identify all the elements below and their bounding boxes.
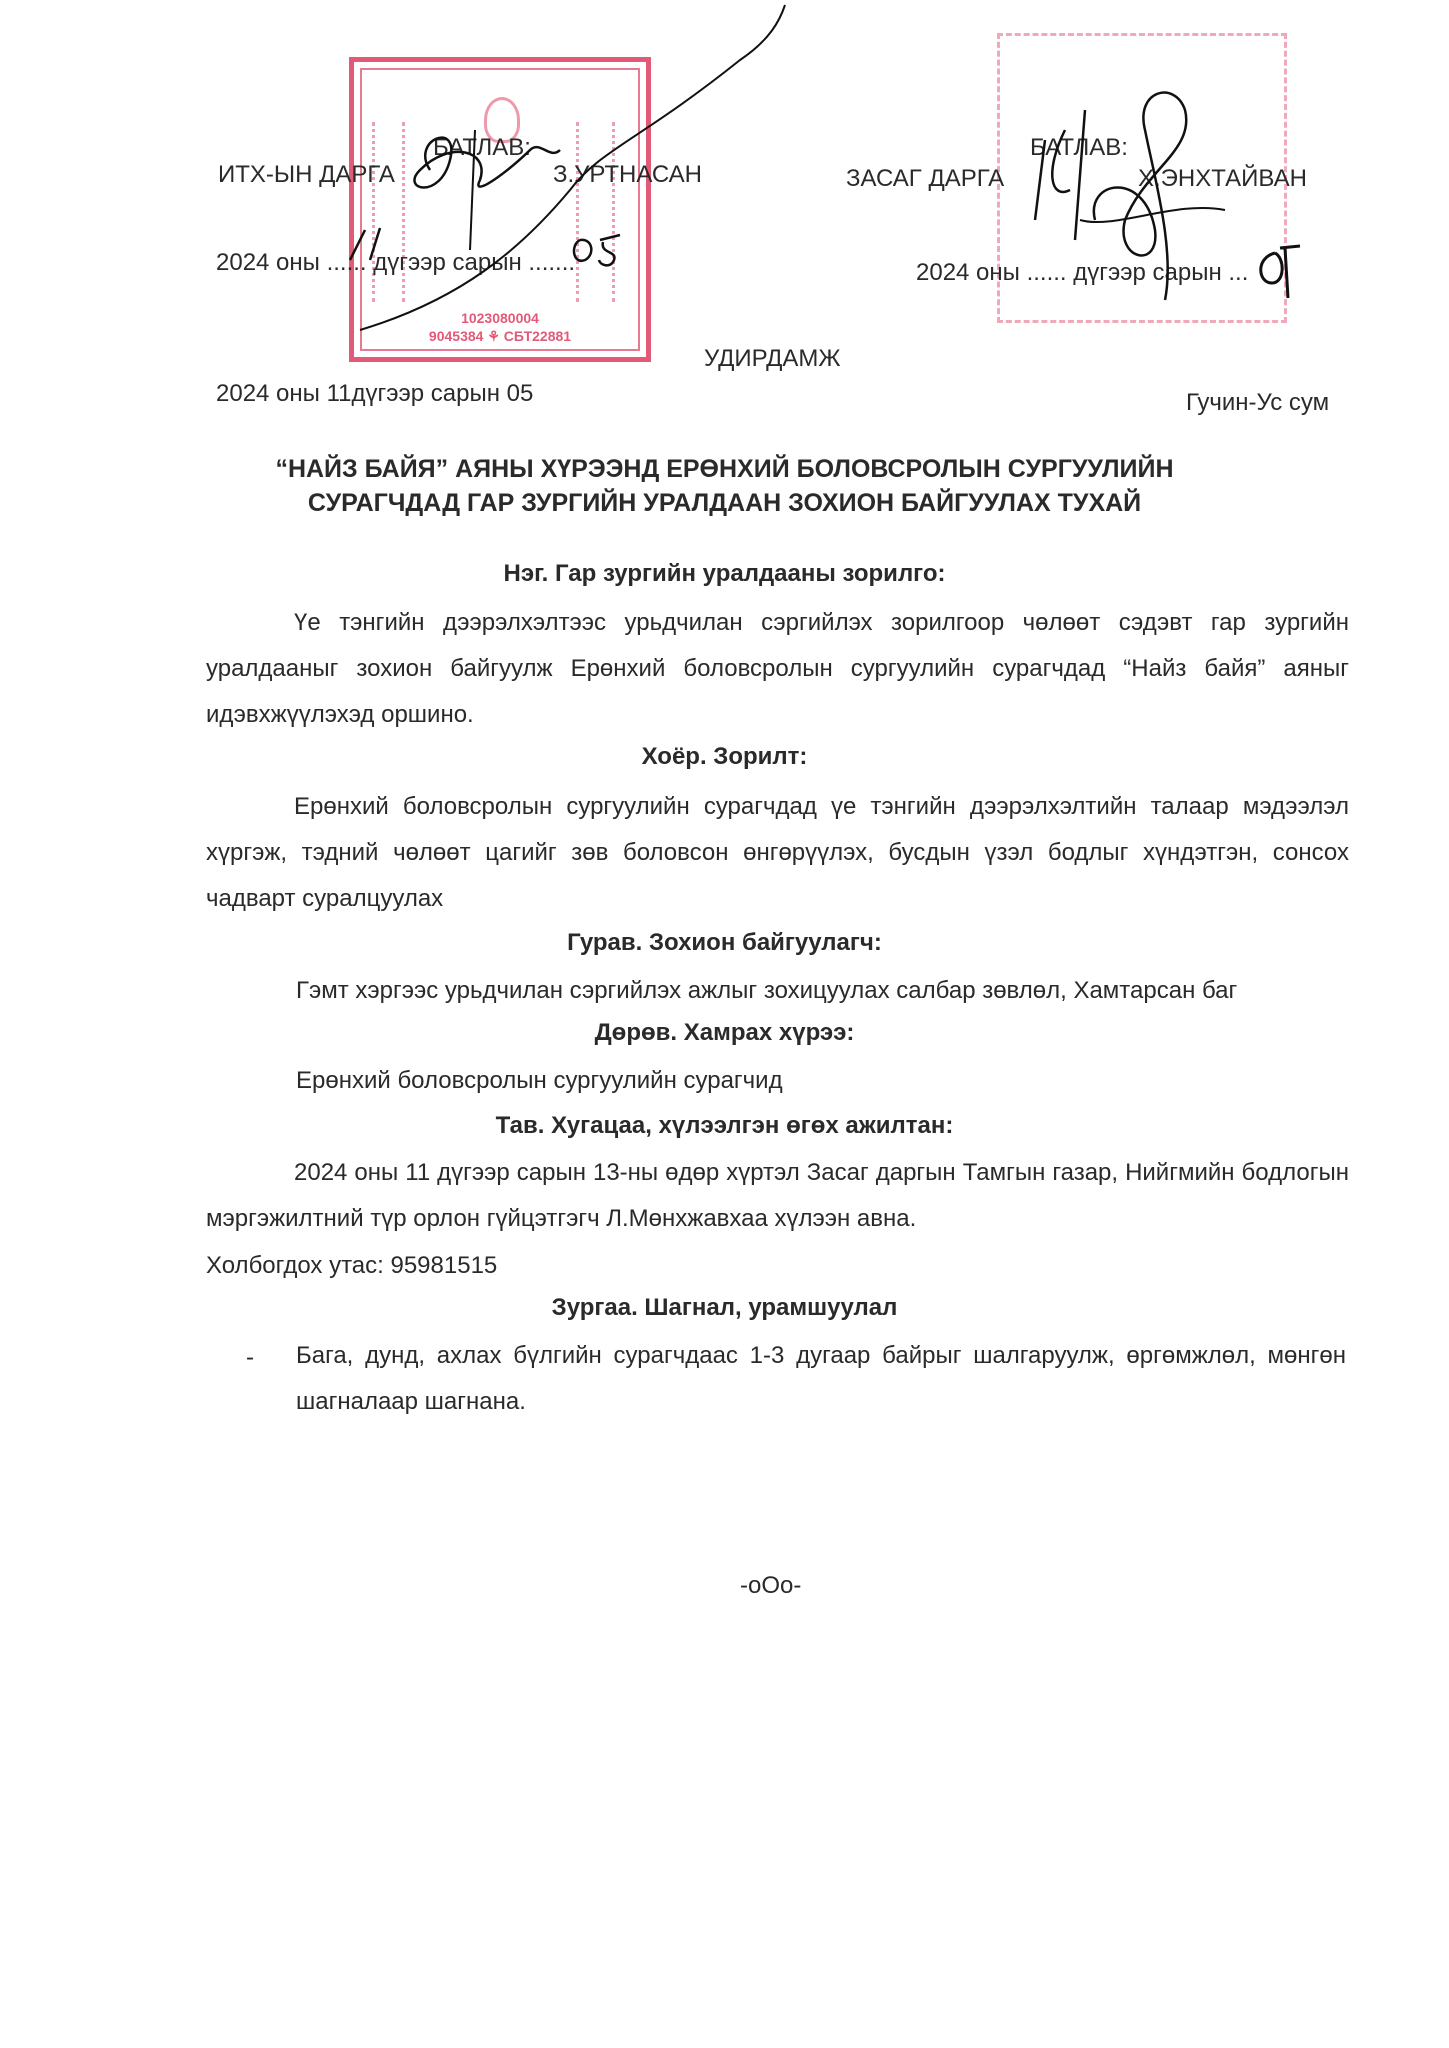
approval-label-right: БАТЛАВ: [1030,134,1128,162]
section-1-heading: Нэг. Гар зургийн уралдааны зорилго: [0,560,1449,588]
section-4-body: Ерөнхий боловсролын сургуулийн сурагчид [296,1058,1439,1104]
approval-date-right: 2024 оны ...... дүгээр сарын ... [916,259,1248,287]
document-date: 2024 оны 11дүгээр сарын 05 [216,380,533,408]
section-2-heading: Хоёр. Зорилт: [0,743,1449,771]
approver-position-left: ИТХ-ЫН ДАРГА [218,161,395,189]
mongol-script-decoration [612,122,633,302]
closing-mark: -oOo- [740,1572,801,1600]
approval-label-left: БАТЛАВ: [433,134,531,162]
approver-name-left: З.УРТНАСАН [553,161,702,189]
stamp-code: 9045384 ⚘ СБТ22881 [354,328,646,345]
approver-name-right: Х.ЭНХТАЙВАН [1138,165,1307,193]
section-6-body: Бага, дунд, ахлах бүлгийн сурагчдаас 1-3… [296,1333,1346,1425]
section-5-body: 2024 оны 11 дүгээр сарын 13-ны өдөр хүрт… [206,1150,1349,1242]
document-place: Гучин-Ус сум [1186,389,1329,417]
section-1-body: Үе тэнгийн дээрэлхэлтээс урьдчилан сэрги… [206,600,1349,738]
bullet-dash: - [246,1344,254,1372]
section-2-body: Ерөнхий боловсролын сургуулийн сурагчдад… [206,784,1349,922]
section-5-heading: Тав. Хугацаа, хүлээлгэн өгөх ажилтан: [0,1112,1449,1140]
approver-position-right: ЗАСАГ ДАРГА [846,165,1004,193]
section-4-heading: Дөрөв. Хамрах хүрээ: [0,1019,1449,1047]
document-title-line-2: СУРАГЧДАД ГАР ЗУРГИЙН УРАЛДААН ЗОХИОН БА… [0,486,1449,520]
document-title-line-1: “НАЙЗ БАЙЯ” АЯНЫ ХҮРЭЭНД ЕРӨНХИЙ БОЛОВСР… [0,452,1449,486]
document-type: УДИРДАМЖ [704,345,841,373]
section-3-heading: Гурав. Зохион байгуулагч: [0,929,1449,957]
approval-date-left: 2024 оны ...... дүгээр сарын ....... [216,249,575,277]
contact-phone: Холбогдох утас: 95981515 [206,1243,1349,1289]
section-3-body: Гэмт хэргээс урьдчилан сэргийлэх ажлыг з… [296,968,1356,1014]
stamp-registration-number: 1023080004 [354,310,646,326]
official-stamp-left: 1023080004 9045384 ⚘ СБТ22881 [349,57,651,362]
section-6-heading: Зургаа. Шагнал, урамшуулал [0,1294,1449,1322]
mongol-script-decoration [576,122,597,302]
